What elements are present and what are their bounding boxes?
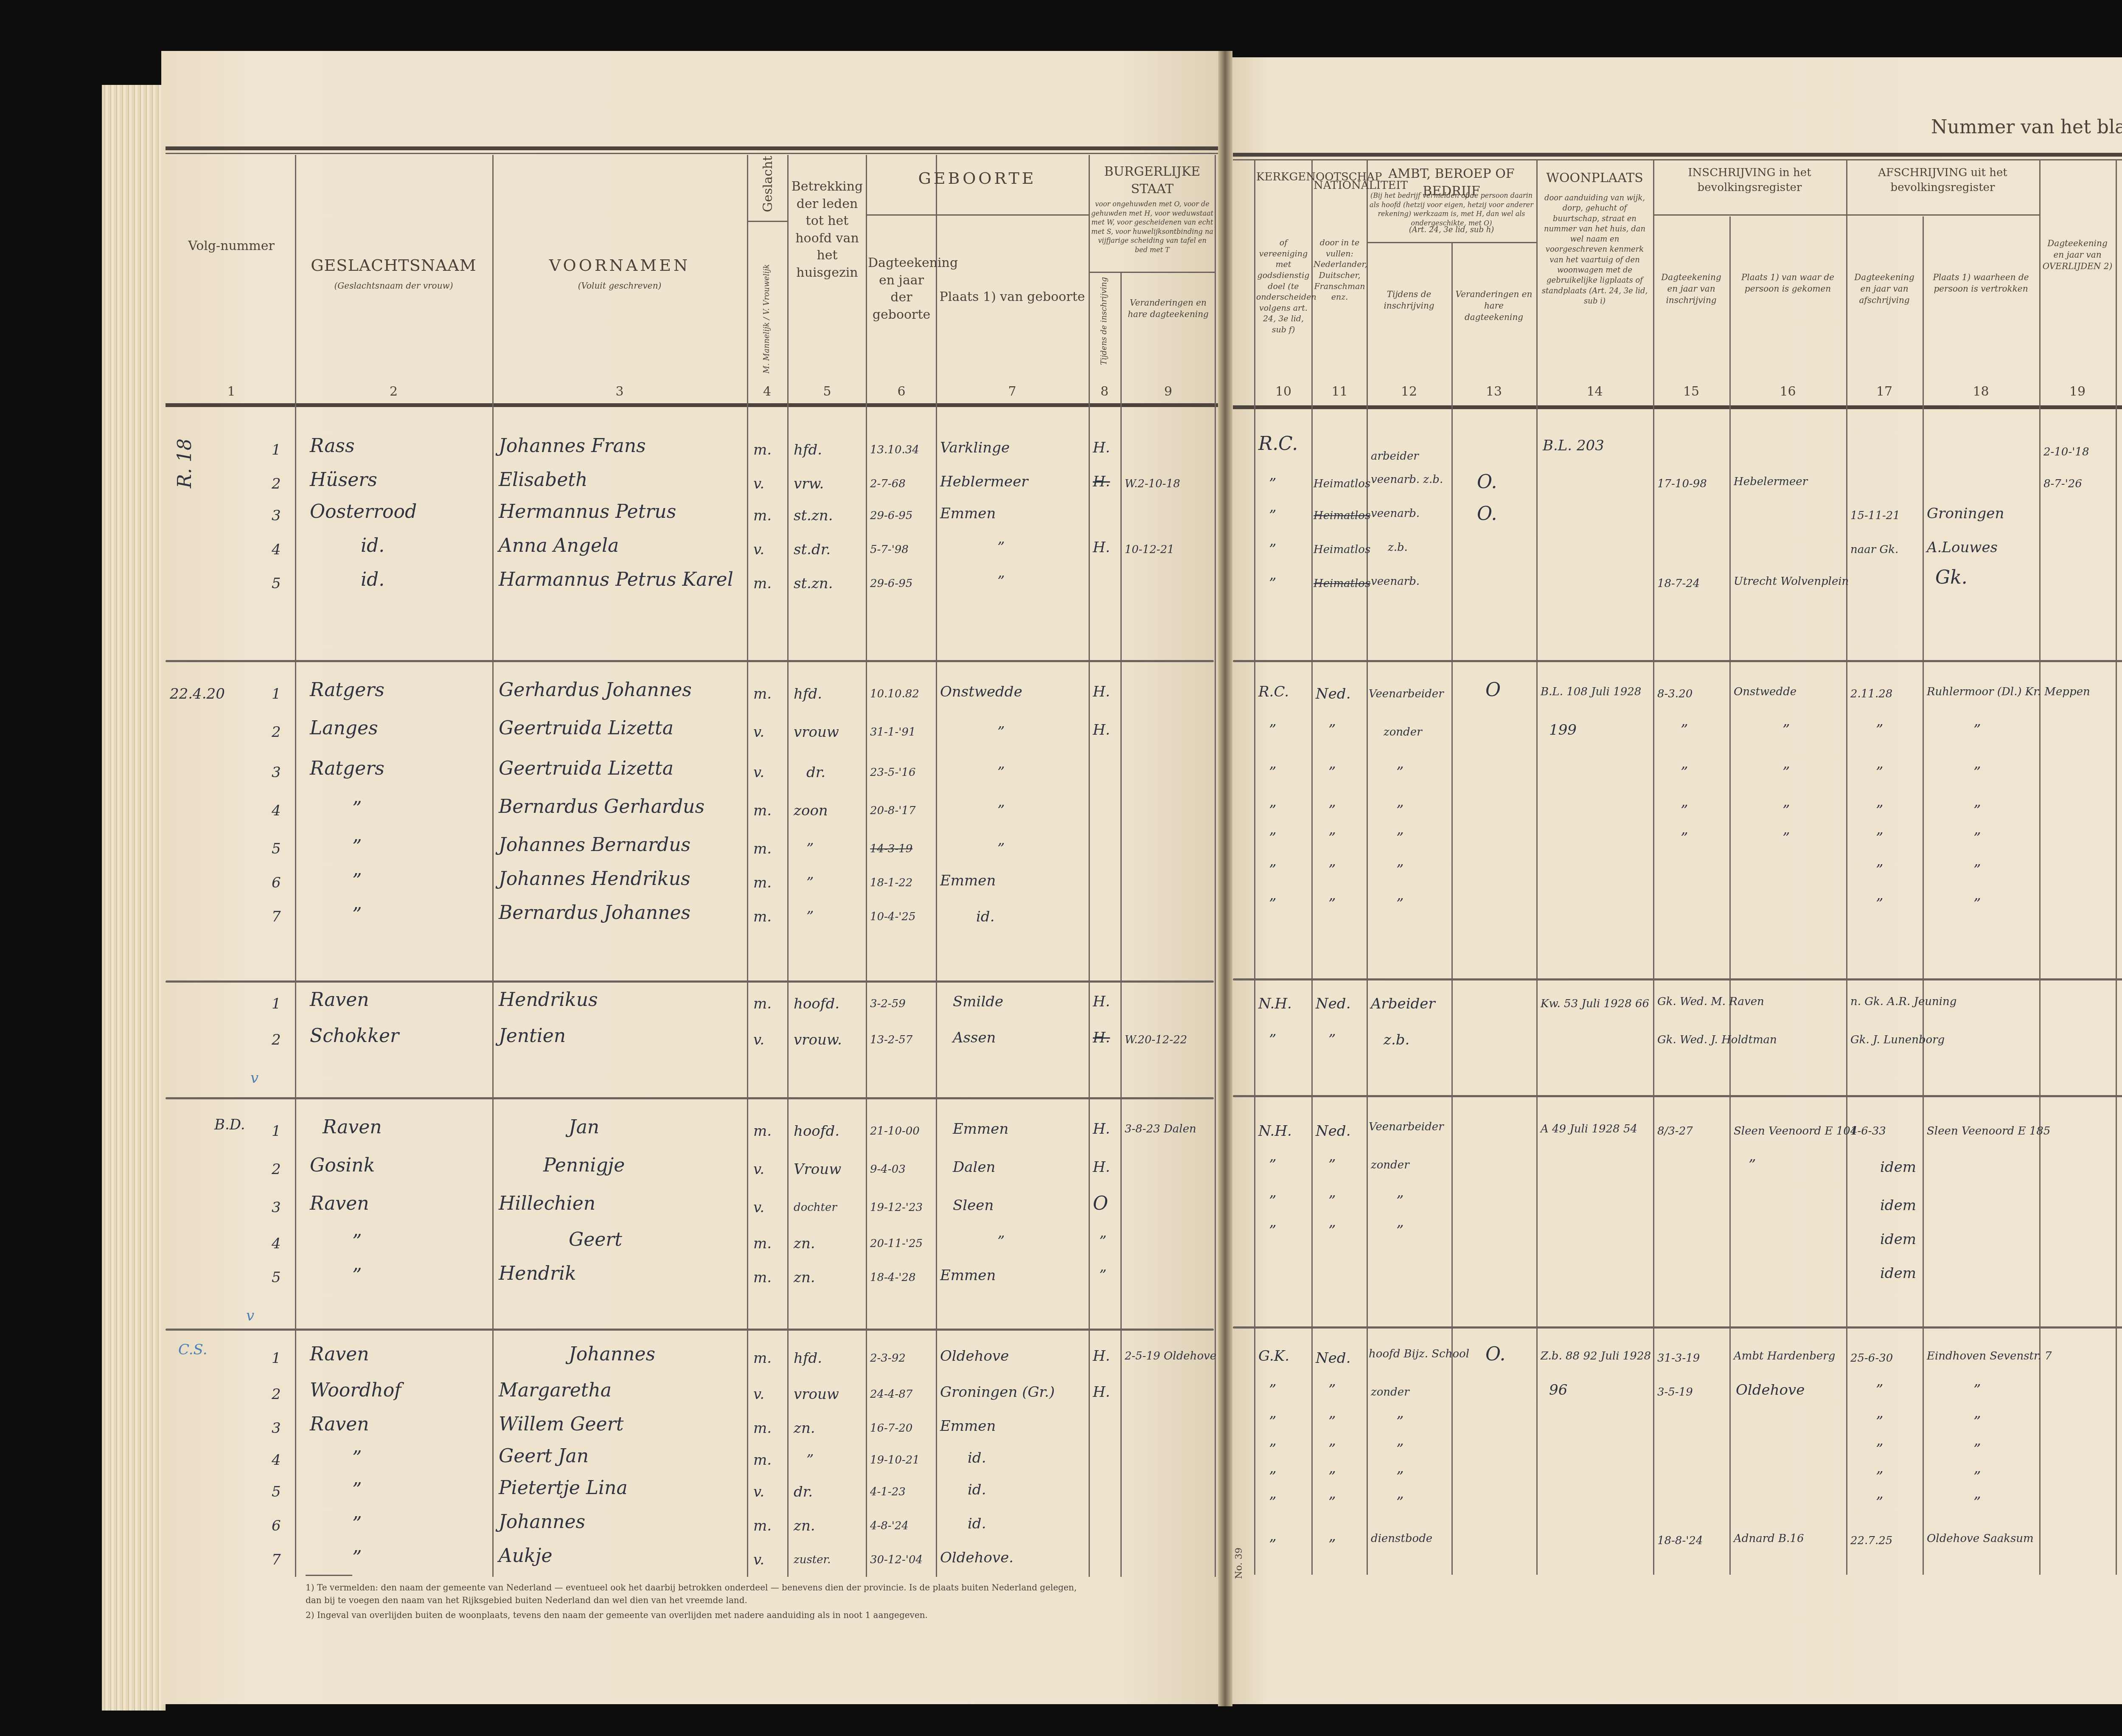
nationality: Ned. [1316, 995, 1350, 1012]
row-nr: 5 [272, 1269, 281, 1286]
row-nr: 1 [272, 1350, 281, 1367]
col-line [1254, 159, 1255, 1575]
nationality: ” [1328, 1193, 1336, 1210]
row-nr: 2 [272, 1161, 281, 1178]
church: N.H. [1258, 1123, 1292, 1140]
sex: m. [753, 1452, 772, 1469]
relation: zn. [794, 1235, 815, 1252]
relation: ” [806, 874, 814, 891]
surname: Schokker [310, 1025, 399, 1047]
sex: v. [753, 1551, 764, 1568]
occupation: ” [1396, 1222, 1403, 1239]
nationality: ” [1328, 1494, 1336, 1511]
colnum-13: 13 [1454, 384, 1534, 399]
given-names: Hillechien [499, 1193, 595, 1214]
occupation-change: O. [1485, 1343, 1505, 1365]
sex: m. [753, 840, 772, 857]
church: ” [1269, 1494, 1276, 1511]
row-nr: 1 [272, 1123, 281, 1140]
header-col4-sub: M. Mannelijk / V. Vrouwelijk [762, 264, 772, 374]
footnote-rule [306, 1575, 352, 1576]
colnum-10: 10 [1256, 384, 1311, 399]
nationality: ” [1328, 1031, 1336, 1048]
inschrijving-date: 18-7-24 [1657, 577, 1700, 590]
row-nr: 5 [272, 575, 281, 592]
ambt-ref: (Art. 24, 3e lid, sub h) [1369, 225, 1534, 235]
relation: hoofd. [794, 995, 839, 1012]
col-line [1089, 155, 1090, 1577]
inschrijving-from: ” [1782, 722, 1790, 739]
afschrijving-date: ” [1876, 1413, 1883, 1430]
given-names: Jentien [499, 1025, 566, 1047]
sex: v. [753, 724, 764, 741]
residence: B.L. 203 [1543, 437, 1604, 454]
occupation-change: O. [1477, 471, 1497, 493]
header-col4: Geslacht [760, 156, 777, 212]
given-names: Margaretha [499, 1379, 612, 1401]
relation: st.zn. [794, 507, 833, 524]
afschrijving-to: Gk. [1935, 567, 1968, 588]
sex: v. [753, 1161, 764, 1178]
birth-place: ” [997, 1233, 1005, 1250]
colnum-20: 20 [2118, 384, 2122, 399]
inschrijving-date: ” [1749, 1157, 1756, 1174]
afschrijving-to: ” [1973, 1413, 1981, 1430]
colnum-14: 14 [1538, 384, 1651, 399]
given-names: Johannes Hendrikus [499, 868, 690, 890]
occupation: ” [1396, 1413, 1403, 1430]
given-names: Pennigje [543, 1155, 625, 1176]
birth-date: 16-7-20 [870, 1422, 912, 1435]
civil-status: H. [1093, 539, 1110, 556]
col-line [787, 155, 789, 1577]
relation: hfd. [794, 685, 822, 702]
row-nr: 3 [272, 1199, 281, 1216]
birth-place: ” [997, 840, 1005, 857]
row-nr: 3 [272, 507, 281, 524]
afschrijving-date: 15-11-21 [1850, 509, 1900, 522]
col-line [1367, 159, 1368, 1575]
birth-place: Smilde [953, 993, 1003, 1010]
inschrijving-date: 17-10-98 [1657, 478, 1707, 490]
birth-place: Emmen [953, 1121, 1008, 1138]
colnum-1: 1 [168, 384, 295, 399]
nationality: ” [1328, 862, 1336, 879]
occupation: ” [1396, 1494, 1403, 1511]
row-nr: 2 [272, 1031, 281, 1048]
inschrijving-from: Oldehove [1736, 1382, 1805, 1399]
church: G.K. [1258, 1348, 1289, 1365]
occupation: ” [1396, 764, 1403, 781]
header-col10: KERKGENOOTSCHAP [1256, 170, 1311, 185]
header-col10-sub: of vereeniging met godsdienstig doel (te… [1256, 238, 1311, 336]
relation: Vrouw [794, 1161, 841, 1178]
birth-place: id. [976, 908, 994, 925]
header-col20-sub: (Art. 24, 5e lid) [2118, 276, 2122, 287]
header-col17: Dagteekening en jaar van afschrijving [1848, 272, 1920, 306]
birth-date: 29-6-95 [870, 577, 912, 590]
afschrijving-date: ” [1876, 802, 1883, 819]
inschrijving-from: Onstwedde [1734, 685, 1796, 698]
col-line [1846, 159, 1847, 1575]
col-line [1120, 272, 1122, 1577]
surname: ” [352, 798, 362, 820]
header-col1: Volg-nummer [168, 238, 295, 255]
birth-place: ” [997, 764, 1005, 781]
inschrijving-date: 31-3-19 [1657, 1352, 1700, 1365]
col-line [936, 155, 937, 1577]
nationality: Ned. [1316, 1123, 1350, 1140]
header-col14-sub: door aanduiding van wijk, dorp, gehucht … [1538, 193, 1651, 306]
given-names: Hendrik [499, 1263, 576, 1284]
sex: m. [753, 1235, 772, 1252]
birth-place: ” [997, 573, 1005, 590]
col-line [866, 155, 867, 1577]
surname: Rass [310, 435, 355, 457]
header-col3-sub: (Voluit geschreven) [494, 280, 745, 292]
row-nr: 3 [272, 764, 281, 781]
header-col8: Tijdens de inschrijving [1099, 277, 1109, 365]
nationality: Heimatlos [1314, 509, 1370, 522]
birth-date: 20-8-'17 [870, 804, 915, 817]
nationality: ” [1328, 802, 1336, 819]
ambt-divider [1367, 242, 1536, 243]
church: ” [1269, 1537, 1276, 1553]
surname: Raven [310, 1193, 369, 1214]
header-col16: Plaats 1) van waar de persoon is gekomen [1732, 272, 1844, 295]
sex: m. [753, 1350, 772, 1367]
sex: m. [753, 1420, 772, 1437]
birth-date: 9-4-03 [870, 1163, 906, 1176]
civil-status: H. [1093, 1029, 1110, 1046]
inschrijving-date: ” [1681, 764, 1688, 781]
residence: A 49 Juli 1928 54 [1541, 1123, 1637, 1135]
row-nr: 2 [272, 724, 281, 741]
colnum-12: 12 [1369, 384, 1449, 399]
nationality: ” [1328, 1413, 1336, 1430]
birth-place: Emmen [940, 505, 996, 522]
birth-date: 4-8-'24 [870, 1520, 909, 1532]
church: R.C. [1258, 433, 1298, 455]
civil-status-change: 3-8-23 Dalen [1125, 1123, 1196, 1135]
header-col15: Dagteekening en jaar van inschrijving [1655, 272, 1727, 306]
church: ” [1269, 541, 1276, 558]
church: ” [1269, 896, 1276, 913]
afschrijving-to: Gk. J. Lunenborg [1850, 1034, 1945, 1046]
birth-date: 18-4-'28 [870, 1271, 915, 1284]
surname: Langes [310, 717, 378, 739]
church: ” [1269, 722, 1276, 739]
birth-date: 5-7-'98 [870, 543, 909, 556]
given-names: Bernardus Johannes [499, 902, 690, 924]
residence: Kw. 53 Juli 1928 66 [1541, 997, 1649, 1010]
household-separator [166, 660, 1214, 662]
church: ” [1269, 1441, 1276, 1458]
birth-date: 23-5-'16 [870, 766, 915, 779]
header-col13: Veranderingen en hare dagteekening [1454, 289, 1534, 323]
surname: ” [352, 1513, 362, 1535]
church: ” [1269, 764, 1276, 781]
occupation: ” [1396, 1469, 1403, 1486]
relation: zn. [794, 1420, 815, 1437]
birth-place: Onstwedde [940, 683, 1022, 700]
afschrijving-to: Sleen Veenoord E 185 [1927, 1125, 2050, 1138]
inschrijving-date: 8/3-27 [1657, 1125, 1693, 1138]
given-names: Aukje [499, 1545, 552, 1567]
nationality: ” [1328, 764, 1336, 781]
residence: Z.b. 88 92 Juli 1928 [1541, 1350, 1651, 1362]
afschrijving-date: 25-6-30 [1850, 1352, 1893, 1365]
church: ” [1269, 1222, 1276, 1239]
col-line [1215, 155, 1216, 1577]
occupation-change: O [1485, 679, 1501, 701]
inschrijving-divider [1653, 214, 1846, 216]
col-line [295, 155, 296, 1577]
church: ” [1269, 475, 1276, 492]
afschrijving-date: ” [1876, 1441, 1883, 1458]
sex: v. [753, 541, 764, 558]
footnote-1: 1) Te vermelden: den naam der gemeente v… [306, 1581, 1091, 1607]
header-col7: Plaats 1) van geboorte [938, 289, 1086, 306]
nationality: Heimatlos [1314, 478, 1370, 490]
residence: B.L. 108 Juli 1928 [1541, 685, 1641, 698]
relation: dr. [794, 1483, 813, 1500]
given-names: Jan [569, 1116, 599, 1138]
birth-place: Oldehove. [940, 1549, 1013, 1566]
given-names: Geert Jan [499, 1445, 589, 1467]
birth-date: 2-3-92 [870, 1352, 906, 1365]
civil-status: ” [1099, 1233, 1106, 1250]
occupation: z.b. [1384, 1031, 1409, 1048]
birth-date: 13-2-57 [870, 1034, 912, 1046]
surname: Oosterrood [310, 501, 417, 522]
civil-status: H. [1093, 1121, 1110, 1138]
surname: Raven [310, 1413, 369, 1435]
church: ” [1269, 862, 1276, 879]
afschrijving-to: ” [1973, 802, 1981, 819]
afschrijving-to: ” [1973, 1441, 1981, 1458]
relation: dr. [806, 764, 825, 781]
nationality: Ned. [1316, 1350, 1350, 1367]
birth-date: 31-1-'91 [870, 726, 915, 739]
surname: Gosink [310, 1155, 375, 1176]
afschrijving-to: ” [1973, 764, 1981, 781]
surname: Raven [310, 989, 369, 1011]
afschrijving-date: 22.7.25 [1850, 1534, 1892, 1547]
afschrijving-to: A.Louwes [1927, 539, 1998, 556]
given-names: Harmannus Petrus Karel [499, 569, 733, 590]
given-names: Anna Angela [499, 535, 619, 556]
colnum-2: 2 [297, 384, 490, 399]
afschrijving-date: ” [1876, 1494, 1883, 1511]
col-line [1729, 216, 1731, 1575]
checkmark-v: v [250, 1070, 258, 1087]
given-names: Johannes Bernardus [499, 834, 690, 856]
afschrijving-to: idem [1880, 1265, 1916, 1282]
church: ” [1269, 1413, 1276, 1430]
relation: zuster. [794, 1553, 831, 1566]
header-col9: Veranderingen en hare dagteekening [1123, 297, 1214, 320]
nationality: Heimatlos [1314, 577, 1370, 590]
relation: zn. [794, 1269, 815, 1286]
col-line [1536, 159, 1538, 1575]
relation: hfd. [794, 1350, 822, 1367]
col-line [1923, 216, 1924, 1575]
birth-date: 10.10.82 [870, 688, 919, 700]
birth-place: ” [997, 802, 1005, 819]
header-geboorte: GEBOORTE [868, 168, 1086, 189]
col-line [1311, 159, 1313, 1575]
page-stack-left [102, 85, 166, 1711]
row-nr: 1 [272, 995, 281, 1012]
civil-status: H. [1093, 439, 1110, 456]
relation: vrouw [794, 1386, 839, 1403]
given-names: Bernardus Gerhardus [499, 796, 705, 817]
colnum-11: 11 [1314, 384, 1366, 399]
occupation: veenarb. [1371, 575, 1420, 588]
death-date: 8-7-'26 [2043, 478, 2082, 490]
colnum-16: 16 [1732, 384, 1844, 399]
header-col14: WOONPLAATS [1538, 170, 1651, 187]
occupation: ” [1396, 830, 1403, 847]
death-date: 2-10-'18 [2043, 446, 2089, 458]
nationality: Ned. [1316, 685, 1350, 702]
afschrijving-to: idem [1880, 1159, 1916, 1176]
afschrijving-date: 4-6-33 [1850, 1125, 1886, 1138]
nationality: ” [1328, 1537, 1336, 1553]
afschrijving-date: ” [1876, 1382, 1883, 1399]
civil-status: H. [1093, 1159, 1110, 1176]
afschrijving-date: ” [1876, 896, 1883, 913]
birth-place: ” [997, 539, 1005, 556]
civil-status-change: W.20-12-22 [1125, 1034, 1187, 1046]
occupation: zonder [1371, 1386, 1409, 1399]
header-col3: VOORNAMEN [494, 255, 745, 276]
afschrijving-to: ” [1973, 830, 1981, 847]
afschrijving-to: Oldehove Saaksum [1927, 1532, 2034, 1545]
sheet-number-label: Nummer van het blad [1931, 115, 2122, 140]
colnum-15: 15 [1655, 384, 1727, 399]
colnum-9: 9 [1123, 384, 1214, 399]
relation: vrouw. [794, 1031, 842, 1048]
header-inschrijving: INSCHRIJVING in het bevolkingsregister [1655, 166, 1844, 195]
col-line [747, 155, 748, 1577]
nationality: ” [1328, 1382, 1336, 1399]
given-names: Geertruida Lizetta [499, 717, 674, 739]
birth-date: 19-10-21 [870, 1454, 920, 1466]
colnum-6: 6 [868, 384, 935, 399]
nationality: ” [1328, 1469, 1336, 1486]
relation: vrouw [794, 724, 839, 741]
given-names: Geert [569, 1229, 622, 1250]
relation: vrw. [794, 475, 824, 492]
sex: m. [753, 507, 772, 524]
afschrijving-to: idem [1880, 1231, 1916, 1248]
sex: m. [753, 1123, 772, 1140]
civil-status-change: 10-12-21 [1125, 543, 1174, 556]
nationality: ” [1328, 1441, 1336, 1458]
geboorte-divider [866, 214, 1089, 216]
occupation: zonder [1371, 1159, 1409, 1171]
church: N.H. [1258, 995, 1292, 1012]
birth-place: Sleen [953, 1197, 994, 1214]
given-names: Johannes [569, 1343, 655, 1365]
header-top-rule-right [1233, 153, 2122, 157]
birth-place: id. [968, 1481, 986, 1498]
surname: Ratgers [310, 679, 385, 701]
inschrijving-from: Hebelermeer [1734, 475, 1808, 488]
inschrijving-date: 8-3.20 [1657, 688, 1693, 700]
relation: dochter [794, 1201, 837, 1214]
birth-date: 19-12-'23 [870, 1201, 923, 1214]
sex: v. [753, 1031, 764, 1048]
inschrijving-date: 3-5-19 [1657, 1386, 1693, 1399]
birth-date: 14-3-19 [870, 843, 912, 855]
header-afschrijving: AFSCHRIJVING uit het bevolkingsregister [1848, 166, 2037, 195]
header-top-thin-left [166, 153, 1218, 154]
civil-status: H. [1093, 993, 1110, 1010]
civil-status: H. [1093, 683, 1110, 700]
church: ” [1269, 1157, 1276, 1174]
inschrijving-date: 18-8-'24 [1657, 1534, 1703, 1547]
birth-date: 10-4-'25 [870, 910, 915, 923]
occupation-change: O. [1477, 503, 1497, 525]
church: ” [1269, 802, 1276, 819]
given-names: Hendrikus [499, 989, 598, 1011]
birth-date: 21-10-00 [870, 1125, 920, 1138]
sex: v. [753, 764, 764, 781]
occupation: ” [1396, 1441, 1403, 1458]
church: ” [1269, 1193, 1276, 1210]
birth-place: id. [968, 1515, 986, 1532]
inschrijving-from: Utrecht Wolvenplein [1734, 575, 1849, 588]
colnum-8: 8 [1089, 384, 1120, 399]
book-gutter [1218, 51, 1232, 1706]
afschrijving-to: Eindhoven Sevenstr. 7 [1927, 1350, 2052, 1362]
colnum-17: 17 [1848, 384, 1920, 399]
afschrijving-to: Ruhlermoor (Dl.) Kr. Meppen [1927, 685, 2090, 698]
row-nr: 7 [272, 908, 281, 925]
header-col2: GESLACHTSNAAM [297, 255, 490, 276]
occupation: ” [1396, 896, 1403, 913]
header-col11-sub: door in te vullen: Nederlander, Duitsche… [1314, 238, 1366, 303]
civil-status: H. [1093, 473, 1110, 490]
row-nr: 1 [272, 685, 281, 702]
afschrijving-to: ” [1973, 1494, 1981, 1511]
form-number: No. 39 [1233, 1548, 1246, 1579]
church: ” [1269, 507, 1276, 524]
birth-date: 18-1-22 [870, 876, 912, 889]
relation: zn. [794, 1517, 815, 1534]
inschrijving-from: ” [1782, 830, 1790, 847]
row-nr: 2 [272, 1386, 281, 1403]
civil-status-change: W.2-10-18 [1125, 478, 1180, 490]
birth-date: 29-6-95 [870, 509, 912, 522]
birth-date: 13.10.34 [870, 444, 919, 456]
header-col12: Tijdens de inschrijving [1369, 289, 1449, 312]
inschrijving-from: Ambt Hardenberg [1734, 1350, 1835, 1362]
sex: m. [753, 802, 772, 819]
sex: m. [753, 908, 772, 925]
residence: 199 [1549, 722, 1577, 739]
afschrijving-to: ” [1973, 1382, 1981, 1399]
afschrijving-to: ” [1973, 862, 1981, 879]
col-line [1451, 242, 1453, 1575]
inschrijving-from: ” [1782, 802, 1790, 819]
birth-date: 20-11-'25 [870, 1237, 923, 1250]
row-nr: 5 [272, 840, 281, 857]
occupation: ” [1396, 1193, 1403, 1210]
